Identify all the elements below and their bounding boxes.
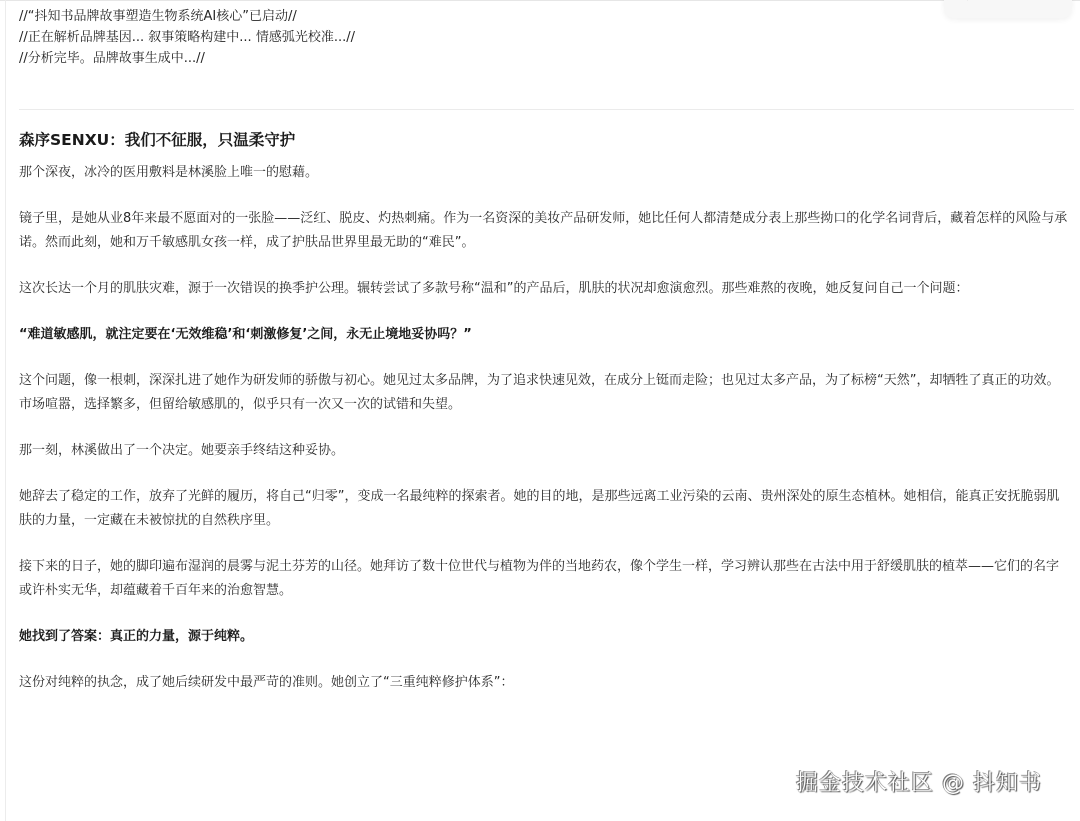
- section-divider: [19, 109, 1074, 110]
- system-log-line: //正在解析品牌基因... 叙事策略构建中... 情感弧光校准...//: [19, 27, 355, 48]
- paragraph-emphasis: 她找到了答案：真正的力量，源于纯粹。: [19, 625, 1069, 649]
- edit-icon[interactable]: ✎: [960, 0, 970, 2]
- paragraph: 这次长达一个月的肌肤灾难，源于一次错误的换季护公理。辗转尝试了多款号称“温和”的…: [19, 277, 1069, 301]
- paragraph: 这个问题，像一根刺，深深扎进了她作为研发师的骄傲与初心。她见过太多品牌，为了追求…: [19, 369, 1069, 417]
- paragraph: 那一刻，林溪做出了一个决定。她要亲手终结这种妥协。: [19, 439, 1069, 463]
- paragraph: 这份对纯粹的执念，成了她后续研发中最严苛的准则。她创立了“三重纯粹修护体系”：: [19, 671, 1069, 695]
- article-title: 森序SENXU：我们不征服，只温柔守护: [19, 126, 1069, 154]
- paragraph: 镜子里，是她从业8年来最不愿面对的一张脸——泛红、脱皮、灼热刺痛。作为一名资深的…: [19, 207, 1069, 255]
- message-card: ✎ · • //“抖知书品牌故事塑造生物系统AI核心”已启动// //正在解析品…: [5, 0, 1080, 821]
- paragraph: 那个深夜，冰冷的医用敷料是林溪脸上唯一的慰藉。: [19, 161, 1069, 185]
- system-log: //“抖知书品牌故事塑造生物系统AI核心”已启动// //正在解析品牌基因...…: [19, 6, 355, 69]
- paragraph: 她辞去了稳定的工作，放弃了光鲜的履历，将自己“归零”，变成一名最纯粹的探索者。她…: [19, 485, 1069, 533]
- floating-toolbar: ✎ · •: [944, 0, 1072, 18]
- article: 森序SENXU：我们不征服，只温柔守护 那个深夜，冰冷的医用敷料是林溪脸上唯一的…: [19, 126, 1069, 695]
- paragraph: 接下来的日子，她的脚印遍布湿润的晨雾与泥土芬芳的山径。她拜访了数十位世代与植物为…: [19, 555, 1069, 603]
- copy-icon[interactable]: ·: [1003, 0, 1013, 2]
- more-icon[interactable]: •: [1046, 0, 1056, 2]
- system-log-line: //分析完毕。品牌故事生成中...//: [19, 48, 355, 69]
- paragraph-emphasis: “难道敏感肌，就注定要在‘无效维稳’和‘刺激修复’之间，永无止境地妥协吗？”: [19, 323, 1069, 347]
- system-log-line: //“抖知书品牌故事塑造生物系统AI核心”已启动//: [19, 6, 355, 27]
